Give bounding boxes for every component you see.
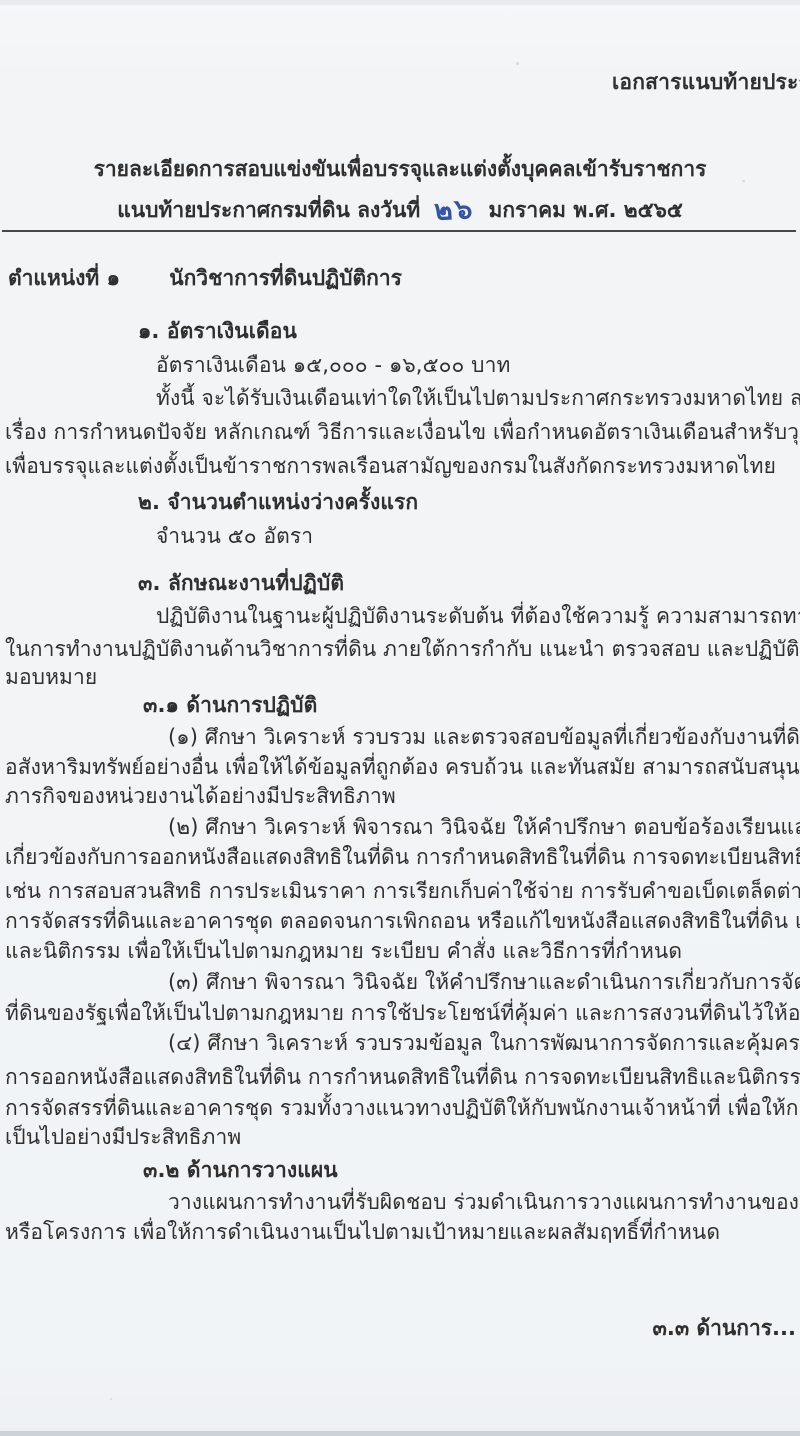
- handwritten-date: ๒๖: [433, 187, 475, 233]
- scan-bottom-edge: [0, 1431, 800, 1436]
- document-title-line2: แนบท้ายประกาศกรมที่ดิน ลงวันที่ ๒๖ มกราค…: [0, 186, 800, 230]
- document-title-line1: รายละเอียดการสอบแข่งขันเพื่อบรรจุและแต่ง…: [0, 153, 800, 186]
- document-line: ๓. ลักษณะงานที่ปฏิบัติ: [138, 568, 344, 598]
- position-number-label: ตำแหน่งที่ ๑: [8, 266, 120, 290]
- document-line: ที่ดินของรัฐเพื่อให้เป็นไปตามกฎหมาย การใ…: [5, 998, 800, 1028]
- document-line: ทั้งนี้ จะได้รับเงินเดือนเท่าใดให้เป็นไป…: [156, 383, 800, 413]
- document-line: การจัดสรรที่ดินและอาคารชุด ตลอดจนการเพิก…: [5, 906, 800, 936]
- scan-noise-speck: [110, 1398, 112, 1400]
- document-line: อสังหาริมทรัพย์อย่างอื่น เพื่อให้ได้ข้อม…: [5, 752, 800, 782]
- document-line: (๑) ศึกษา วิเคราะห์ รวบรวม และตรวจสอบข้อ…: [168, 722, 800, 752]
- document-line: มอบหมาย: [5, 662, 97, 692]
- document-line: (๔) ศึกษา วิเคราะห์ รวบรวมข้อมูล ในการพั…: [168, 1028, 800, 1058]
- scanned-document-page: เอกสารแนบท้ายประกาศ รายละเอียดการสอบแข่ง…: [0, 0, 800, 1436]
- scan-noise-speck: [742, 180, 745, 182]
- document-line: อัตราเงินเดือน ๑๕,๐๐๐ - ๑๖,๕๐๐ บาท: [156, 350, 510, 380]
- title-line2-prefix: แนบท้ายประกาศกรมที่ดิน ลงวันที่: [117, 194, 420, 227]
- horizontal-divider: [2, 230, 796, 232]
- document-line: ๒. จำนวนตำแหน่งว่างครั้งแรก: [138, 487, 418, 517]
- document-line: ในการทำงานปฏิบัติงานด้านวิชาการที่ดิน ภา…: [5, 634, 800, 664]
- document-line: (๒) ศึกษา วิเคราะห์ พิจารณา วินิจฉัย ให้…: [168, 812, 800, 842]
- document-line: เรื่อง การกำหนดปัจจัย หลักเกณฑ์ วิธีการแ…: [5, 417, 800, 447]
- document-line: และนิติกรรม เพื่อให้เป็นไปตามกฎหมาย ระเบ…: [5, 936, 682, 966]
- document-line: เช่น การสอบสวนสิทธิ การประเมินราคา การเร…: [5, 876, 800, 906]
- document-line: ๓.๒ ด้านการวางแผน: [143, 1155, 338, 1185]
- position-title: นักวิชาการที่ดินปฏิบัติการ: [169, 266, 402, 290]
- scan-noise-speck: [516, 62, 519, 65]
- document-line: การออกหนังสือแสดงสิทธิในที่ดิน การกำหนดส…: [5, 1062, 800, 1092]
- title-line2-suffix: มกราคม พ.ศ. ๒๕๖๕: [488, 194, 682, 227]
- document-line: เป็นไปอย่างมีประสิทธิภาพ: [5, 1122, 241, 1152]
- document-line: (๓) ศึกษา พิจารณา วินิจฉัย ให้คำปรึกษาแล…: [168, 967, 800, 997]
- scan-top-edge: [0, 0, 800, 5]
- document-line: เพื่อบรรจุและแต่งตั้งเป็นข้าราชการพลเรือ…: [5, 451, 776, 481]
- document-line: เกี่ยวข้องกับการออกหนังสือแสดงสิทธิในที่…: [5, 842, 800, 872]
- document-line: ๑. อัตราเงินเดือน: [138, 316, 297, 346]
- document-line: จำนวน ๕๐ อัตรา: [156, 521, 313, 551]
- document-line: ๓.๑ ด้านการปฏิบัติ: [143, 690, 317, 720]
- corner-note: เอกสารแนบท้ายประกาศ: [612, 66, 800, 99]
- position-heading: ตำแหน่งที่ ๑ นักวิชาการที่ดินปฏิบัติการ: [8, 262, 402, 295]
- document-line: ปฏิบัติงานในฐานะผู้ปฏิบัติงานระดับต้น ที…: [156, 601, 800, 631]
- document-line: วางแผนการทำงานที่รับผิดชอบ ร่วมดำเนินการ…: [168, 1187, 800, 1217]
- document-line: หรือโครงการ เพื่อให้การดำเนินงานเป็นไปตา…: [5, 1217, 720, 1247]
- document-line: ภารกิจของหน่วยงานได้อย่างมีประสิทธิภาพ: [5, 781, 396, 811]
- continuation-marker: ๓.๓ ด้านการ...: [652, 1312, 796, 1345]
- document-line: การจัดสรรที่ดินและอาคารชุด รวมทั้งวางแนว…: [5, 1093, 800, 1123]
